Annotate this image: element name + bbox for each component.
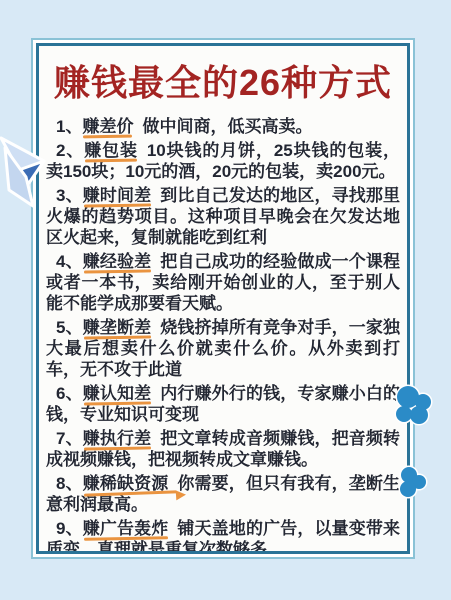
list-item: 7、赚执行差把文章转成音频赚钱，把音频转成视频赚钱，把视频转成文章赚钱。 — [46, 428, 400, 470]
item-keyword: 赚经验差 — [83, 252, 152, 271]
item-number: 4、 — [56, 252, 83, 271]
poster-card: 赚钱最全的26种方式 1、赚差价做中间商，低买高卖。 2、赚包装10块钱的月饼，… — [31, 38, 415, 559]
item-keyword: 赚广告轰炸 — [83, 519, 169, 538]
orange-arrow-icon — [176, 490, 187, 501]
item-number: 7、 — [56, 429, 83, 448]
item-keyword: 赚差价 — [82, 117, 133, 136]
ways-list: 1、赚差价做中间商，低买高卖。 2、赚包装10块钱的月饼，25块钱的包装，卖15… — [46, 116, 400, 554]
poster-title: 赚钱最全的26种方式 — [46, 62, 400, 104]
list-item: 3、赚时间差到比自己发达的地区，寻找那里火爆的趋势项目。这种项目早晚会在欠发达地… — [46, 185, 400, 248]
list-item: 9、赚广告轰炸铺天盖地的广告，以量变带来质变，真理就是重复次数够多。 — [46, 518, 400, 554]
list-item: 1、赚差价做中间商，低买高卖。 — [46, 116, 400, 137]
list-item: 2、赚包装10块钱的月饼，25块钱的包装，卖150块；10元的酒，20元的包装，… — [46, 140, 400, 182]
list-item: 5、赚垄断差烧钱挤掉所有竞争对手，一家独大最后想卖什么价就卖什么价。从外卖到打车… — [46, 317, 400, 380]
poster-card-inner: 赚钱最全的26种方式 1、赚差价做中间商，低买高卖。 2、赚包装10块钱的月饼，… — [36, 43, 410, 554]
item-number: 1、 — [56, 117, 82, 136]
item-keyword: 赚时间差 — [83, 186, 152, 205]
item-keyword: 赚认知差 — [83, 384, 152, 403]
paper-plane-icon — [0, 130, 58, 216]
item-number: 5、 — [56, 318, 83, 337]
blue-blob-icon — [393, 384, 435, 428]
item-number: 6、 — [56, 384, 83, 403]
item-number: 8、 — [56, 474, 83, 493]
item-keyword: 赚垄断差 — [83, 318, 152, 337]
poster-background: 赚钱最全的26种方式 1、赚差价做中间商，低买高卖。 2、赚包装10块钱的月饼，… — [0, 0, 451, 600]
item-keyword: 赚稀缺资源 — [83, 474, 169, 493]
item-number: 9、 — [56, 519, 83, 538]
list-item: 6、赚认知差内行赚外行的钱，专家赚小白的钱，专业知识可变现 — [46, 383, 400, 425]
blue-blob-icon — [397, 464, 429, 500]
item-keyword: 赚包装 — [84, 141, 138, 160]
item-number: 3、 — [56, 186, 83, 205]
item-text: 做中间商，低买高卖。 — [142, 117, 312, 136]
item-keyword: 赚执行差 — [83, 429, 152, 448]
list-item: 4、赚经验差把自己成功的经验做成一个课程或者一本书，卖给刚开始创业的人，至于别人… — [46, 251, 400, 314]
item-number: 2、 — [56, 141, 84, 160]
item-keyword-underline-arrow: 赚稀缺资源 — [83, 474, 169, 493]
list-item: 8、赚稀缺资源你需要，但只有我有，垄断生意利润最高。 — [46, 473, 400, 515]
